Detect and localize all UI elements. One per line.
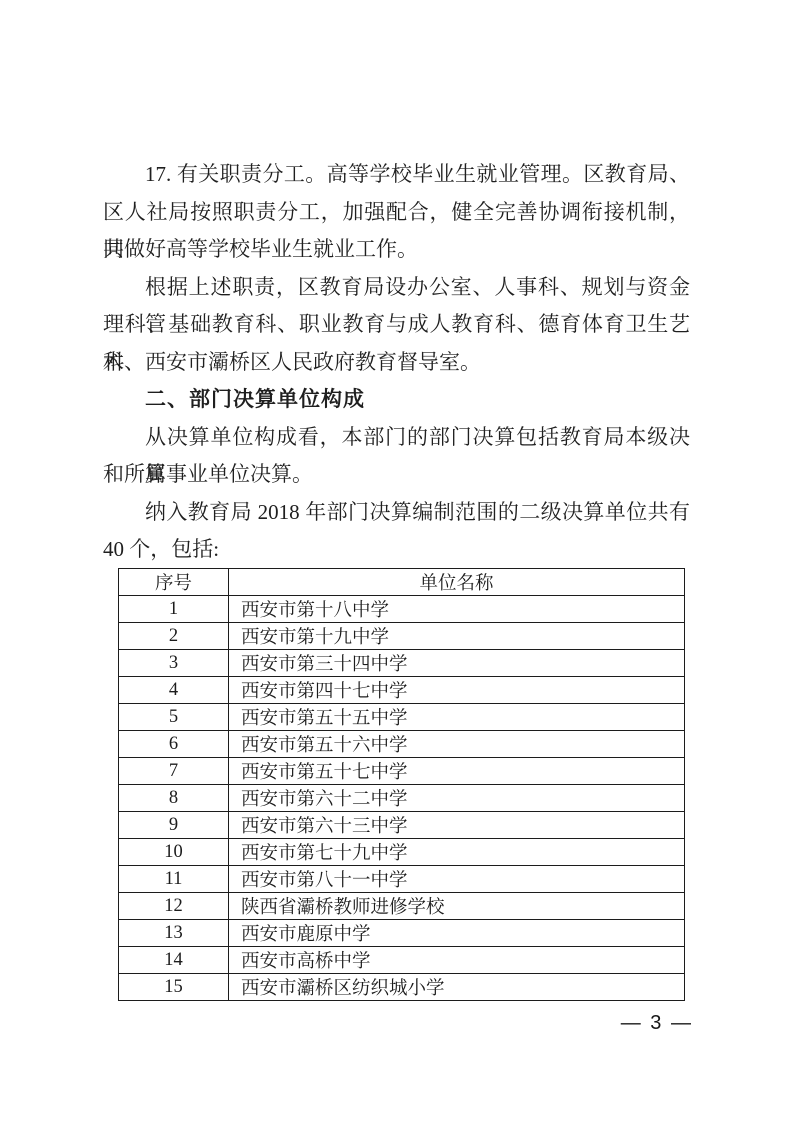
unit-name-cell: 西安市第五十五中学 bbox=[229, 704, 685, 731]
paragraph-line: 17. 有关职责分工。高等学校毕业生就业管理。区教育局、 bbox=[103, 156, 690, 194]
unit-name-cell: 西安市鹿原中学 bbox=[229, 920, 685, 947]
paragraph-line: 和所属事业单位决算。 bbox=[103, 456, 690, 494]
serial-cell: 5 bbox=[119, 704, 229, 731]
table-row: 11 西安市第八十一中学 bbox=[119, 866, 685, 893]
unit-name-cell: 西安市第十八中学 bbox=[229, 596, 685, 623]
table-row: 3 西安市第三十四中学 bbox=[119, 650, 685, 677]
serial-cell: 13 bbox=[119, 920, 229, 947]
table-row: 8 西安市第六十二中学 bbox=[119, 785, 685, 812]
serial-cell: 3 bbox=[119, 650, 229, 677]
section-heading: 二、部门决算单位构成 bbox=[103, 381, 690, 419]
unit-name-cell: 西安市第四十七中学 bbox=[229, 677, 685, 704]
table-row: 7 西安市第五十七中学 bbox=[119, 758, 685, 785]
table-row: 14 西安市高桥中学 bbox=[119, 947, 685, 974]
document-page: 17. 有关职责分工。高等学校毕业生就业管理。区教育局、 区人社局按照职责分工，… bbox=[0, 0, 793, 1122]
table-row: 5 西安市第五十五中学 bbox=[119, 704, 685, 731]
serial-cell: 14 bbox=[119, 947, 229, 974]
serial-cell: 2 bbox=[119, 623, 229, 650]
paragraph-line: 科、西安市灞桥区人民政府教育督导室。 bbox=[103, 344, 690, 382]
unit-name-cell: 西安市第十九中学 bbox=[229, 623, 685, 650]
unit-name-cell: 西安市第五十六中学 bbox=[229, 731, 685, 758]
serial-cell: 4 bbox=[119, 677, 229, 704]
table-row: 12 陕西省灞桥教师进修学校 bbox=[119, 893, 685, 920]
table-row: 6 西安市第五十六中学 bbox=[119, 731, 685, 758]
paragraph-line: 从决算单位构成看，本部门的部门决算包括教育局本级决算 bbox=[103, 419, 690, 457]
page-number: — 3 — bbox=[621, 1012, 693, 1035]
paragraph-line: 根据上述职责，区教育局设办公室、人事科、规划与资金管 bbox=[103, 269, 690, 307]
paragraph-line: 40 个，包括: bbox=[103, 531, 690, 569]
table-row: 9 西安市第六十三中学 bbox=[119, 812, 685, 839]
unit-table: 序号 单位名称 1 西安市第十八中学 2 西安市第十九中学 3 西安市第三十四中… bbox=[118, 568, 685, 1001]
header-unit-name: 单位名称 bbox=[229, 569, 685, 596]
table-header-row: 序号 单位名称 bbox=[119, 569, 685, 596]
unit-name-cell: 西安市第三十四中学 bbox=[229, 650, 685, 677]
paragraph-line: 同做好高等学校毕业生就业工作。 bbox=[103, 231, 690, 269]
serial-cell: 1 bbox=[119, 596, 229, 623]
table-row: 2 西安市第十九中学 bbox=[119, 623, 685, 650]
unit-name-cell: 西安市灞桥区纺织城小学 bbox=[229, 974, 685, 1001]
unit-name-cell: 西安市第五十七中学 bbox=[229, 758, 685, 785]
document-body: 17. 有关职责分工。高等学校毕业生就业管理。区教育局、 区人社局按照职责分工，… bbox=[103, 156, 690, 569]
unit-name-cell: 西安市第七十九中学 bbox=[229, 839, 685, 866]
serial-cell: 6 bbox=[119, 731, 229, 758]
serial-cell: 10 bbox=[119, 839, 229, 866]
serial-cell: 7 bbox=[119, 758, 229, 785]
table-row: 10 西安市第七十九中学 bbox=[119, 839, 685, 866]
table-row: 1 西安市第十八中学 bbox=[119, 596, 685, 623]
unit-name-cell: 西安市第六十三中学 bbox=[229, 812, 685, 839]
serial-cell: 12 bbox=[119, 893, 229, 920]
unit-name-cell: 西安市第八十一中学 bbox=[229, 866, 685, 893]
unit-name-cell: 西安市高桥中学 bbox=[229, 947, 685, 974]
table-row: 15 西安市灞桥区纺织城小学 bbox=[119, 974, 685, 1001]
serial-cell: 15 bbox=[119, 974, 229, 1001]
unit-name-cell: 西安市第六十二中学 bbox=[229, 785, 685, 812]
serial-cell: 11 bbox=[119, 866, 229, 893]
paragraph-line: 纳入教育局 2018 年部门决算编制范围的二级决算单位共有 bbox=[103, 494, 690, 532]
paragraph-line: 理科、基础教育科、职业教育与成人教育科、德育体育卫生艺术 bbox=[103, 306, 690, 344]
unit-name-cell: 陕西省灞桥教师进修学校 bbox=[229, 893, 685, 920]
table-row: 13 西安市鹿原中学 bbox=[119, 920, 685, 947]
serial-cell: 8 bbox=[119, 785, 229, 812]
serial-cell: 9 bbox=[119, 812, 229, 839]
table-row: 4 西安市第四十七中学 bbox=[119, 677, 685, 704]
paragraph-line: 区人社局按照职责分工，加强配合，健全完善协调衔接机制，共 bbox=[103, 194, 690, 232]
header-serial: 序号 bbox=[119, 569, 229, 596]
